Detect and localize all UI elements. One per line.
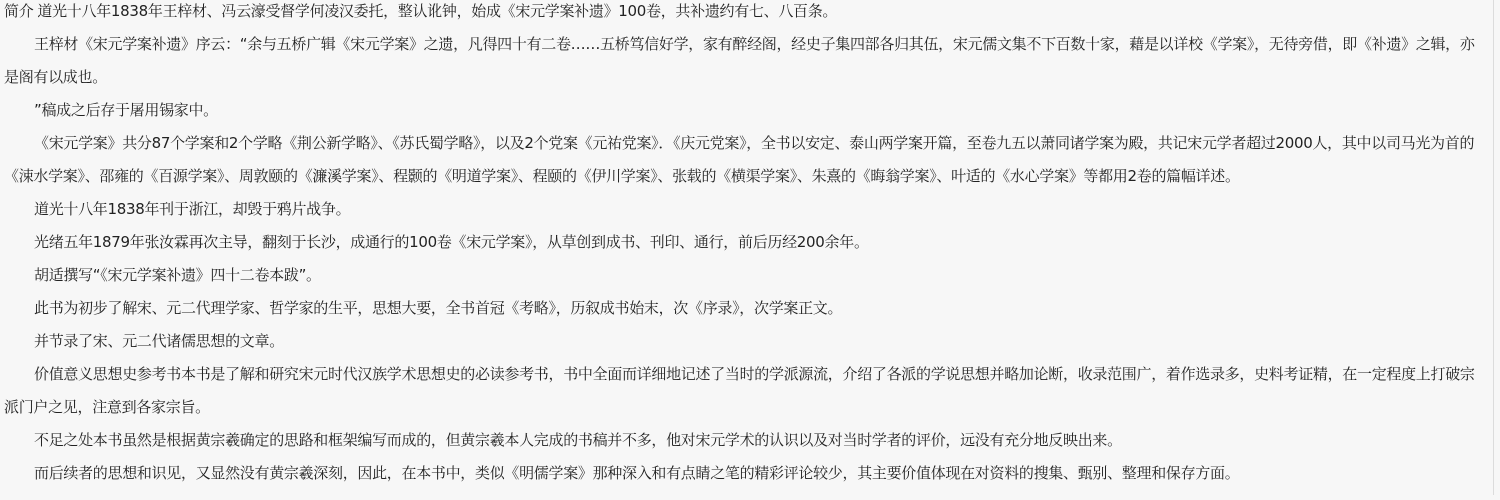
paragraph-hu-shi: 胡适撰写“《宋元学案补遗》四十二卷本跋”。 [4,259,1487,292]
paragraph-shortcomings: 不足之处本书虽然是根据黄宗羲确定的思路和框架编写而成的，但黄宗羲本人完成的书稿并… [4,424,1487,457]
paragraph-excerpts: 并节录了宋、元二代诸儒思想的文章。 [4,325,1487,358]
paragraph-first-print: 道光十八年1838年刊于浙江，却毁于鸦片战争。 [4,193,1487,226]
paragraph-reprint: 光绪五年1879年张汝霖再次主导，翻刻于长沙，成通行的100卷《宋元学案》，从草… [4,226,1487,259]
intro-paragraph: 简介道光十八年1838年王梓材、冯云濠受督学何凌汉委托，整认讹钟，始成《宋元学案… [4,0,1487,28]
paragraph-manuscript: ”稿成之后存于屠用锡家中。 [4,94,1487,127]
intro-label: 简介 [4,2,33,20]
paragraph-preface-quote: 王梓材《宋元学案补遗》序云：“余与五桥广辑《宋元学案》之遗，凡得四十有二卷……五… [4,28,1487,94]
article-body: 简介道光十八年1838年王梓材、冯云濠受督学何凌汉委托，整认讹钟，始成《宋元学案… [0,0,1494,495]
paragraph-text: 道光十八年1838年王梓材、冯云濠受督学何凌汉委托，整认讹钟，始成《宋元学案补遗… [37,2,837,20]
paragraph-value: 价值意义思想史参考书本书是了解和研究宋元时代汉族学术思想史的必读参考书，书中全面… [4,358,1487,424]
paragraph-successors: 而后续者的思想和识见，又显然没有黄宗羲深刻，因此，在本书中，类似《明儒学案》那种… [4,457,1487,490]
paragraph-structure: 此书为初步了解宋、元二代理学家、哲学家的生平，思想大要，全书首冠《考略》，历叙成… [4,292,1487,325]
paragraph-contents: 《宋元学案》共分87个学案和2个学略《荆公新学略》、《苏氏蜀学略》，以及2个党案… [4,127,1487,193]
